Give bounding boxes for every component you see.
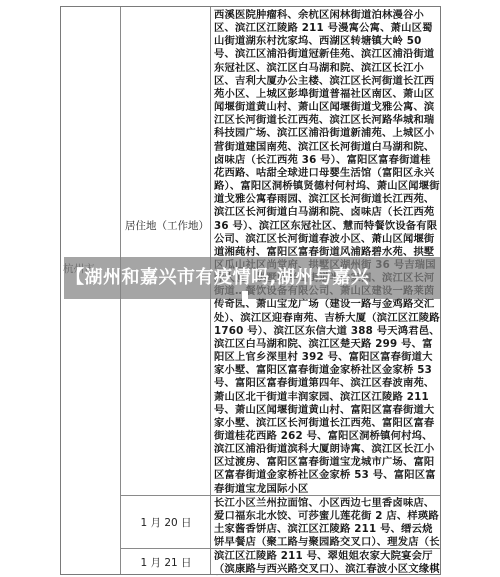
date-cell-jan20: 1 月 20 日 xyxy=(121,515,211,530)
date-cell-jan21: 1 月 21 日 xyxy=(121,555,211,570)
address-list-cell-jan20: 长江小区兰州拉面馆、小区西边七里香卤味店、爱口福东北水饺、可莎蜜儿莲花街 2 店… xyxy=(214,497,440,549)
headline-text: 【湖州和嘉兴市有疫情吗,湖州与嘉兴 xyxy=(66,263,369,289)
address-list-cell-jan21: 滨江区江陵路 211 号、翠姐姐农家大院宴会厅（滨康路与西兴路交叉口）、滨江春波… xyxy=(214,550,440,576)
location-type-cell: 居住地（工作地） xyxy=(125,218,209,233)
address-list-cell: 西溪医院肿瘤科、余杭区闲林街道泊林漫谷小区、滨江区江陵路 211 号漫寓公寓、萧… xyxy=(214,9,440,495)
headline-banner[interactable]: 【湖州和嘉兴市有疫情吗,湖州与嘉兴 xyxy=(64,257,440,299)
headline-bracket-tail xyxy=(242,291,248,305)
row-divider xyxy=(120,495,440,496)
